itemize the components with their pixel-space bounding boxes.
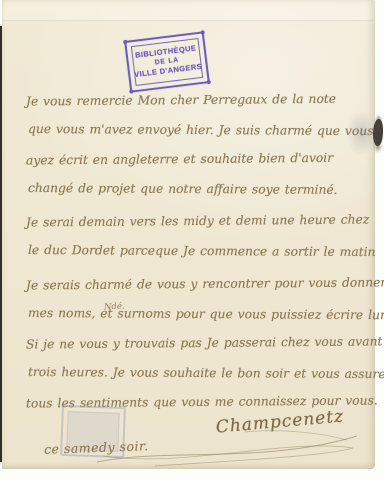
scanned-letter-page: { "document": { "kind": "handwritten-let… bbox=[0, 0, 384, 480]
letter-line: Je serai demain vers les midy et demi un… bbox=[26, 206, 368, 238]
letter-body: Je vous remercie Mon cher Perregaux de l… bbox=[26, 86, 368, 418]
stamp-text-line3: VILLE D'ANGERS bbox=[134, 63, 203, 80]
scan-edge-shadow bbox=[0, 26, 2, 462]
letter-line: que vous m'avez envoyé hier. Je suis cha… bbox=[28, 114, 368, 146]
letter-line: changé de projet que notre affaire soye … bbox=[28, 173, 368, 205]
letter-line: Si je ne vous y trouvais pas Je passerai… bbox=[26, 328, 368, 360]
letter-line: Je vous remercie Mon cher Perregaux de l… bbox=[26, 85, 368, 117]
interline-note: Ndé. bbox=[104, 301, 125, 312]
letter-line: le duc Dordet parceque Je commence a sor… bbox=[28, 235, 368, 267]
stamp-border: BIBLIOTHÈQUE DE LA VILLE D'ANGERS bbox=[124, 31, 210, 92]
library-stamp: BIBLIOTHÈQUE DE LA VILLE D'ANGERS bbox=[124, 31, 210, 92]
paper-crease bbox=[2, 20, 375, 23]
letter-line: mes noms, et surnoms pour que vous puiss… bbox=[28, 298, 368, 330]
edge-ink-spot bbox=[373, 119, 383, 146]
letter-line: Je serais charmé de vous y rencontrer po… bbox=[26, 269, 368, 301]
stamp-inner-frame: BIBLIOTHÈQUE DE LA VILLE D'ANGERS bbox=[131, 38, 203, 86]
stamp-corner-dot bbox=[123, 40, 127, 44]
letter-line: trois heures. Je vous souhaite le bon so… bbox=[28, 357, 368, 389]
letter-line: ayez écrit en angleterre et souhaite bie… bbox=[26, 144, 368, 176]
